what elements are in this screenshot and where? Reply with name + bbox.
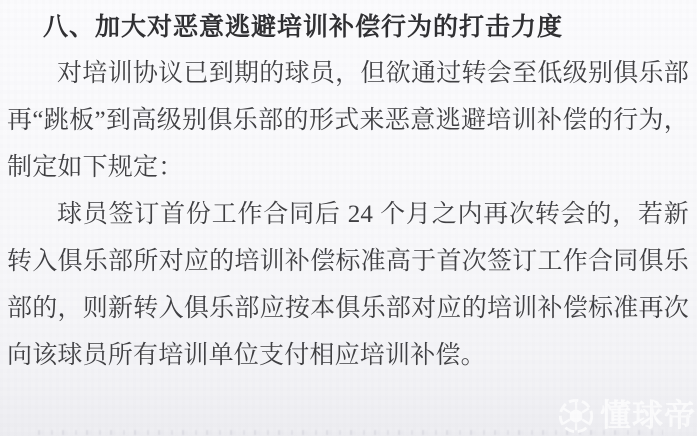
watermark-text: 懂球帝 <box>600 397 696 435</box>
paragraph-intro: 对培训协议已到期的球员，但欲通过转会至低级别俱乐部再“跳板”到高级别俱乐部的形式… <box>7 50 689 191</box>
document-body: 八、加大对恶意逃避培训补偿行为的打击力度 对培训协议已到期的球员，但欲通过转会至… <box>7 6 689 379</box>
watermark: 懂球帝 <box>557 397 696 435</box>
soccer-ball-icon <box>557 397 595 435</box>
section-heading: 八、加大对恶意逃避培训补偿行为的打击力度 <box>7 6 689 50</box>
scanned-document-page: 八、加大对恶意逃避培训补偿行为的打击力度 对培训协议已到期的球员，但欲通过转会至… <box>0 0 697 436</box>
paragraph-rule: 球员签订首份工作合同后 24 个月之内再次转会的，若新转入俱乐部所对应的培训补偿… <box>7 191 689 379</box>
